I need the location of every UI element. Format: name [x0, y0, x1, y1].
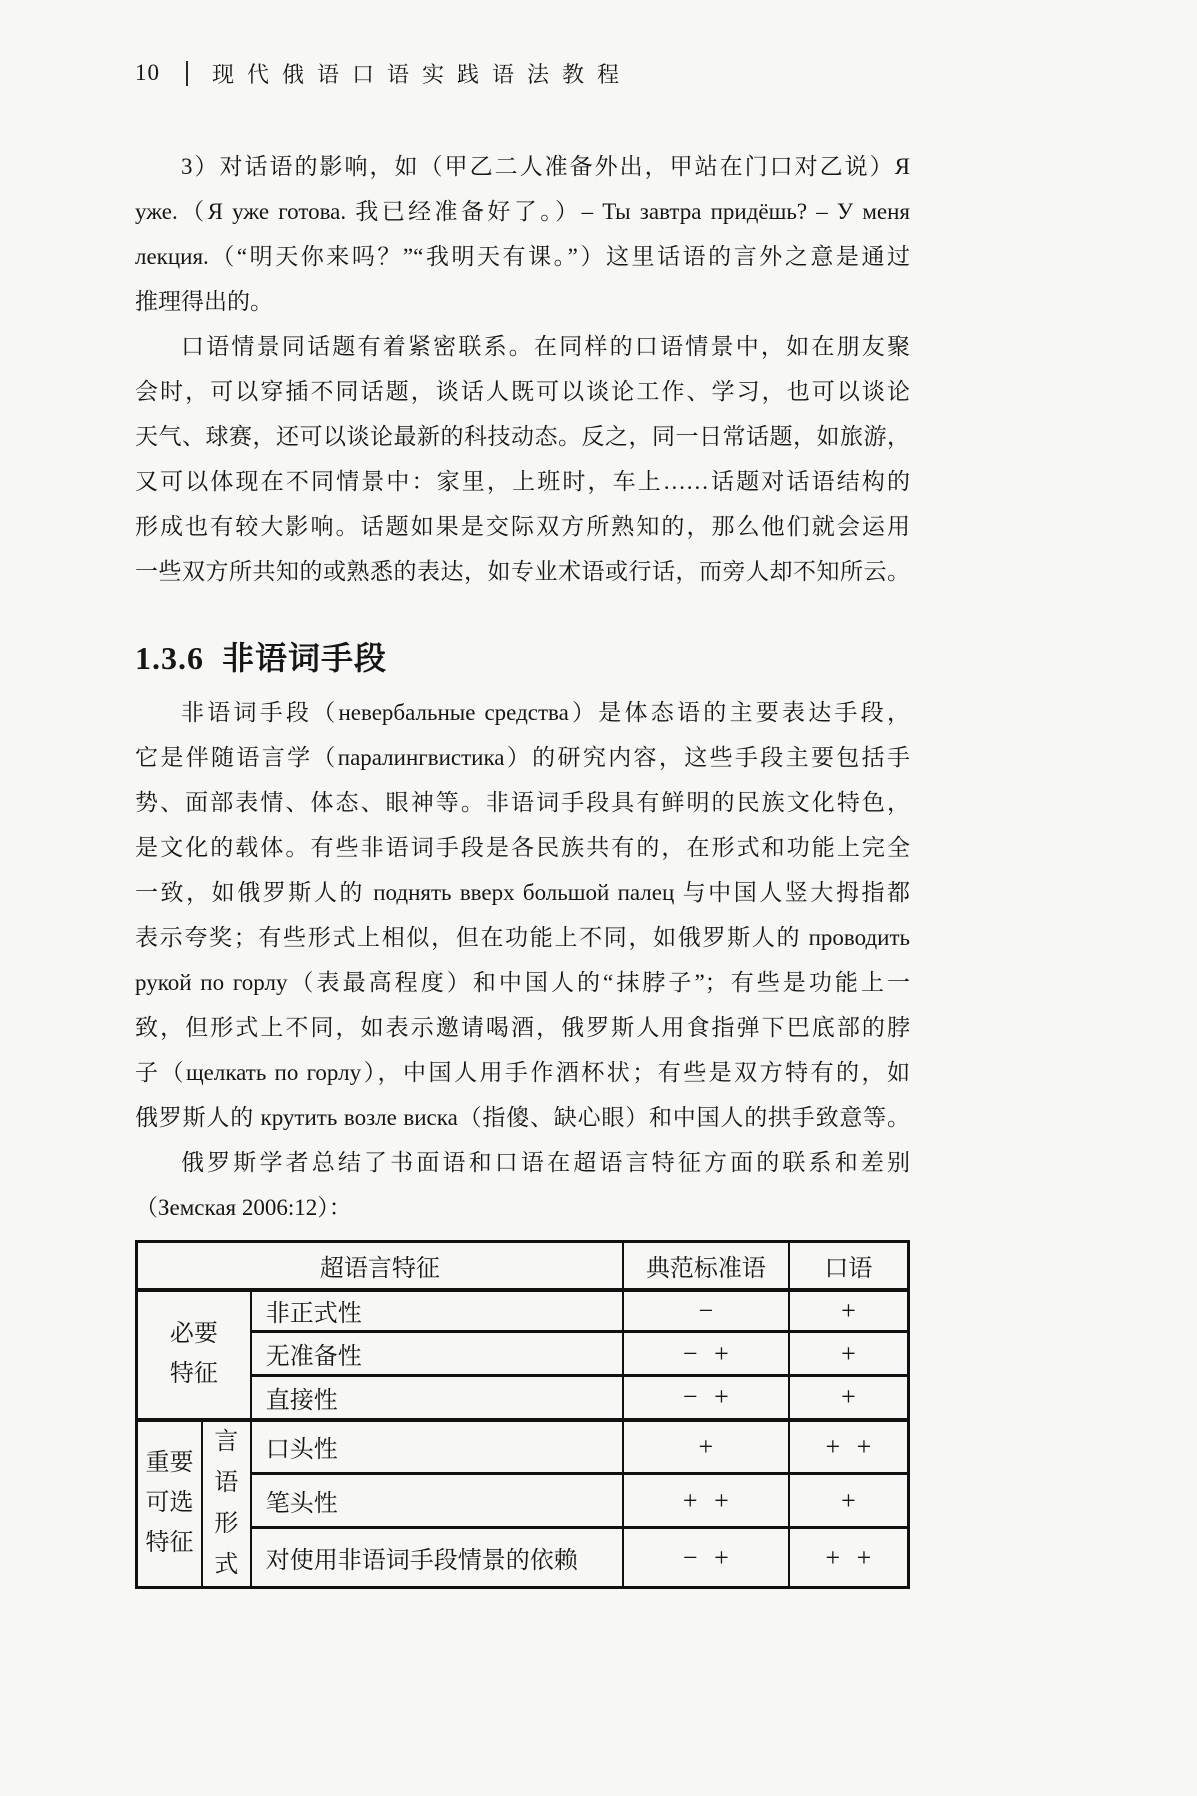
text-line: 它是伴随语言学（паралингвистика）的研究内容，这些手段主要包括手	[135, 735, 910, 780]
row-group-label-text: 必要特征	[170, 1315, 218, 1394]
text-line: 是文化的载体。有些非语词手段是各民族共有的，在形式和功能上完全	[135, 825, 910, 870]
text-line: 形成也有较大影响。话题如果是交际双方所熟知的，那么他们就会运用	[135, 504, 910, 549]
feature-cell: 无准备性	[251, 1332, 623, 1376]
text-line: 一致，如俄罗斯人的 поднять вверх большой палец 与中…	[135, 870, 910, 915]
text-line: 一些双方所共知的或熟悉的表达，如专业术语或行话，而旁人却不知所云。	[135, 549, 910, 594]
text-line: 又可以体现在不同情景中：家里，上班时，车上……话题对话语结构的	[135, 459, 910, 504]
paragraph-dialogue-influence: 3）对话语的影响，如（甲乙二人准备外出，甲站在门口对乙说）Я уже.（Я уж…	[135, 144, 910, 324]
table-row: 必要特征 非正式性 − +	[137, 1290, 909, 1332]
section-number: 1.3.6	[135, 640, 204, 676]
text-line: 推理得出的。	[135, 279, 910, 324]
standard-value-cell: + +	[623, 1474, 789, 1528]
text-line: 俄罗斯学者总结了书面语和口语在超语言特征方面的联系和差别	[135, 1140, 910, 1185]
text-line: 3）对话语的影响，如（甲乙二人准备外出，甲站在门口对乙说）Я	[135, 144, 910, 189]
text-line: уже.（Я уже готова. 我已经准备好了。）– Ты завтра …	[135, 189, 910, 234]
row-group-label-required: 必要特征	[137, 1290, 251, 1420]
table-row: 对使用非语词手段情景的依赖 − + + +	[137, 1528, 909, 1588]
feature-cell: 对使用非语词手段情景的依赖	[251, 1528, 623, 1588]
text-line: 致，但形式上不同，如表示邀请喝酒，俄罗斯人用食指弹下巴底部的脖	[135, 1005, 910, 1050]
text-line: 表示夸奖；有些形式上相似，但在功能上不同，如俄罗斯人的 проводить	[135, 915, 910, 960]
text-line: 非语词手段（невербальные средства）是体态语的主要表达手段，	[135, 690, 910, 735]
table-row: 无准备性 − + +	[137, 1332, 909, 1376]
text-line: 口语情景同话题有着紧密联系。在同样的口语情景中，如在朋友聚	[135, 324, 910, 369]
standard-value-cell: − +	[623, 1376, 789, 1420]
text-line: 会时，可以穿插不同话题，谈话人既可以谈论工作、学习，也可以谈论	[135, 369, 910, 414]
column-header-colloquial: 口语	[789, 1242, 909, 1290]
table-row: 直接性 − + +	[137, 1376, 909, 1420]
feature-cell: 口头性	[251, 1420, 623, 1474]
header-divider-rule	[186, 61, 188, 86]
text-line: （Земская 2006:12）：	[135, 1185, 910, 1230]
running-head: 10 现代俄语口语实践语法教程	[135, 58, 910, 88]
standard-value-cell: +	[623, 1420, 789, 1474]
text-line: лекция.（“明天你来吗？”“我明天有课。”）这里话语的言外之意是通过	[135, 234, 910, 279]
table-header-row: 超语言特征 典范标准语 口语	[137, 1242, 909, 1290]
colloquial-value-cell: + +	[789, 1528, 909, 1588]
paragraph-topic-context: 口语情景同话题有着紧密联系。在同样的口语情景中，如在朋友聚 会时，可以穿插不同话…	[135, 324, 910, 594]
colloquial-value-cell: +	[789, 1290, 909, 1332]
book-title: 现代俄语口语实践语法教程	[212, 58, 632, 89]
text-line: 俄罗斯人的 крутить возле виска（指傻、缺心眼）和中国人的拱手…	[135, 1095, 910, 1140]
section-title: 非语词手段	[222, 640, 387, 676]
standard-value-cell: − +	[623, 1528, 789, 1588]
table-row: 重要可选特征 言语形式 口头性 + + +	[137, 1420, 909, 1474]
section-heading: 1.3.6非语词手段	[135, 636, 910, 680]
feature-cell: 笔头性	[251, 1474, 623, 1528]
page-number: 10	[135, 60, 160, 86]
book-page: 10 现代俄语口语实践语法教程 3）对话语的影响，如（甲乙二人准备外出，甲站在门…	[0, 0, 1197, 1796]
paralinguistic-features-table: 超语言特征 典范标准语 口语 必要特征 非正式性 − + 无准备性 − + + …	[135, 1240, 910, 1589]
colloquial-value-cell: +	[789, 1332, 909, 1376]
paragraph-table-leadin: 俄罗斯学者总结了书面语和口语在超语言特征方面的联系和差别 （Земская 20…	[135, 1140, 910, 1230]
colloquial-value-cell: +	[789, 1474, 909, 1528]
column-header-standard: 典范标准语	[623, 1242, 789, 1290]
standard-value-cell: −	[623, 1290, 789, 1332]
column-header-feature: 超语言特征	[137, 1242, 623, 1290]
feature-cell: 非正式性	[251, 1290, 623, 1332]
text-line: 势、面部表情、体态、眼神等。非语词手段具有鲜明的民族文化特色，	[135, 780, 910, 825]
table-row: 笔头性 + + +	[137, 1474, 909, 1528]
row-group-label-speech-form: 言语形式	[202, 1420, 251, 1588]
row-group-label-text: 言语形式	[214, 1422, 238, 1585]
paragraph-nonverbal-means: 非语词手段（невербальные средства）是体态语的主要表达手段，…	[135, 690, 910, 1140]
text-line: 天气、球赛，还可以谈论最新的科技动态。反之，同一日常话题，如旅游，	[135, 414, 910, 459]
row-group-label-important-optional: 重要可选特征	[137, 1420, 203, 1588]
colloquial-value-cell: +	[789, 1376, 909, 1420]
feature-cell: 直接性	[251, 1376, 623, 1420]
text-line: рукой по горлу（表最高程度）和中国人的“抹脖子”；有些是功能上一	[135, 960, 910, 1005]
row-group-label-text: 重要可选特征	[146, 1444, 194, 1563]
text-line: 子（щелкать по горлу），中国人用手作酒杯状；有些是双方特有的，如	[135, 1050, 910, 1095]
standard-value-cell: − +	[623, 1332, 789, 1376]
colloquial-value-cell: + +	[789, 1420, 909, 1474]
